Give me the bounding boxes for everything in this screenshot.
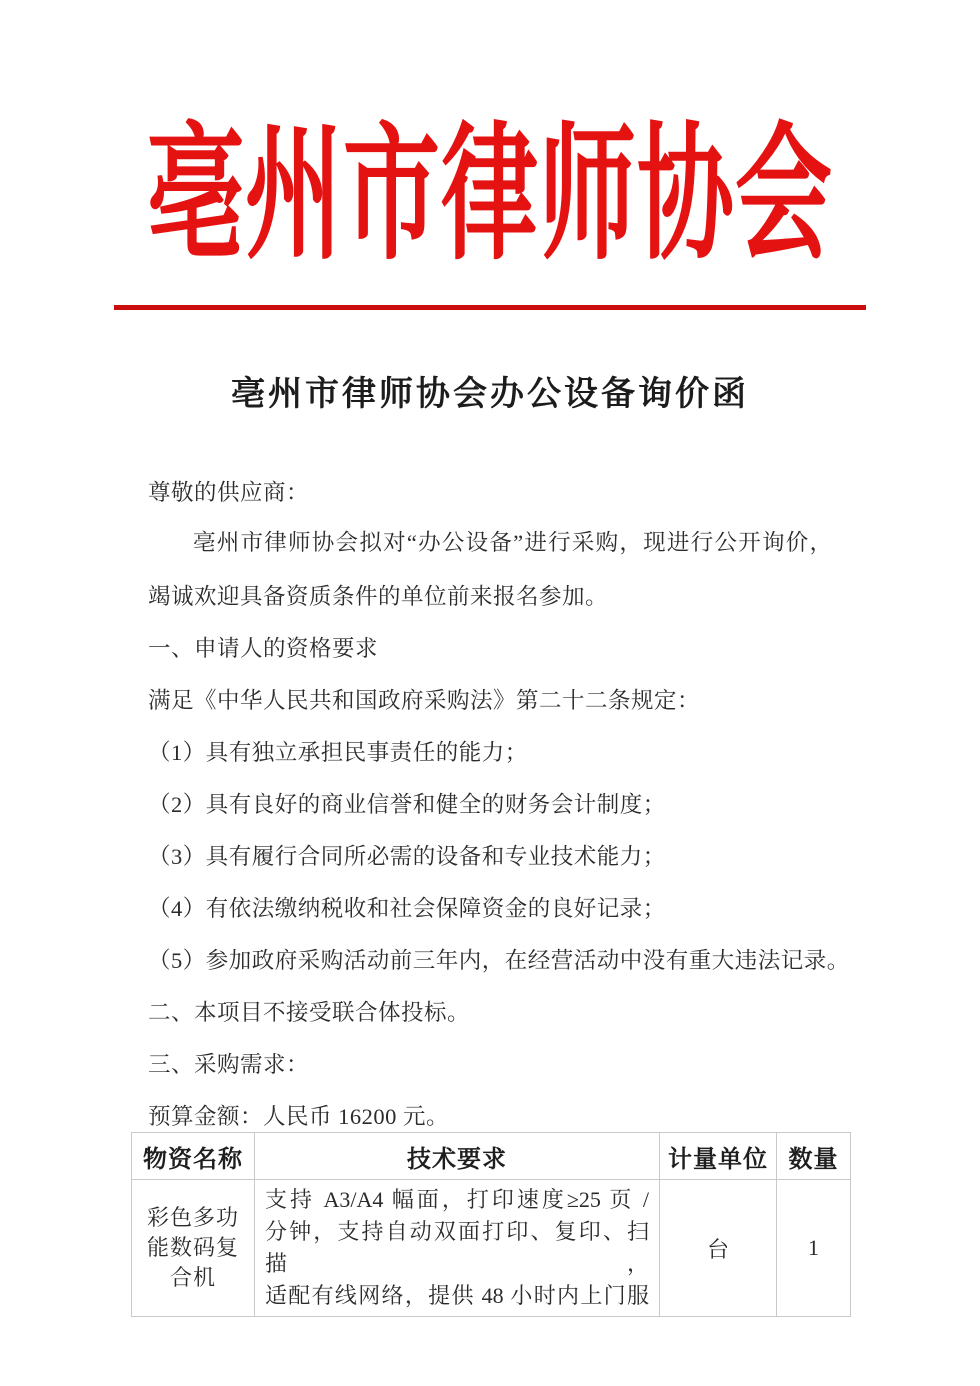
letterhead-divider-rule [114,305,866,310]
letterhead: 亳州市律师协会 [0,122,980,219]
section2-heading: 二、本项目不接受联合体投标。 [148,985,836,1037]
table-header-row: 物资名称 技术要求 计量单位 数量 [132,1133,851,1180]
qualification-item: （1）具有独立承担民事责任的能力； [148,725,836,777]
procurement-table: 物资名称 技术要求 计量单位 数量 彩色多功能数码复合机 支持 A3/A4 幅面… [131,1132,851,1317]
qualification-item: （5）参加政府采购活动前三年内，在经营活动中没有重大违法记录。 [148,933,836,985]
unit-cell: 台 [660,1180,777,1317]
column-header-tech-spec: 技术要求 [255,1133,660,1180]
column-header-quantity: 数量 [777,1133,851,1180]
intro-paragraph-line: 亳州市律师协会拟对“办公设备”进行采购，现进行公开询价， [148,517,832,569]
intro-paragraph-line: 竭诚欢迎具备资质条件的单位前来报名参加。 [148,569,836,621]
spec-line: 分钟，支持自动双面打印、复印、扫描， [265,1216,649,1280]
tech-spec-cell: 支持 A3/A4 幅面，打印速度≥25 页 / 分钟，支持自动双面打印、复印、扫… [255,1180,660,1317]
column-header-unit: 计量单位 [660,1133,777,1180]
table-row: 彩色多功能数码复合机 支持 A3/A4 幅面，打印速度≥25 页 / 分钟，支持… [132,1180,851,1317]
document-title: 亳州市律师协会办公设备询价函 [0,366,980,415]
column-header-item-name: 物资名称 [132,1133,255,1180]
section3-heading: 三、采购需求： [148,1037,836,1089]
qualification-item: （3）具有履行合同所必需的设备和专业技术能力； [148,829,836,881]
spec-line: 适配有线网络，提供 48 小时内上门服 [265,1280,649,1312]
spec-line: 支持 A3/A4 幅面，打印速度≥25 页 / [265,1184,649,1216]
salutation-line: 尊敬的供应商： [148,465,836,517]
qualification-item: （2）具有良好的商业信誉和健全的财务会计制度； [148,777,836,829]
section1-heading: 一、申请人的资格要求 [148,621,836,673]
letterhead-org-name: 亳州市律师协会 [147,122,833,269]
qualification-item: （4）有依法缴纳税收和社会保障资金的良好记录； [148,881,836,933]
section1-intro: 满足《中华人民共和国政府采购法》第二十二条规定： [148,673,836,725]
letter-body: 尊敬的供应商： 亳州市律师协会拟对“办公设备”进行采购，现进行公开询价， 竭诚欢… [148,465,836,1141]
item-name-cell: 彩色多功能数码复合机 [132,1180,255,1317]
quantity-cell: 1 [777,1180,851,1317]
document-page: 亳州市律师协会 亳州市律师协会办公设备询价函 尊敬的供应商： 亳州市律师协会拟对… [0,0,980,1386]
